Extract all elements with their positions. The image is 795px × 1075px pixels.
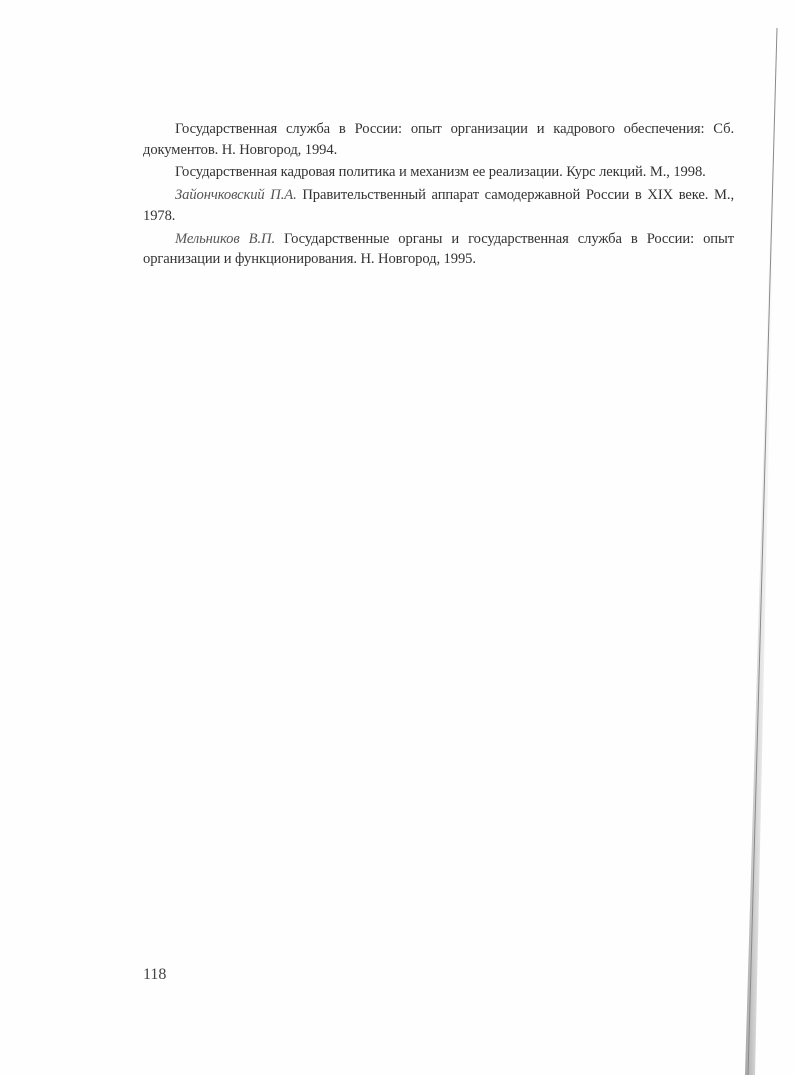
bibliography-entry: Государственная служба в России: опыт ор… [143, 119, 734, 160]
entry-author: Мельников В.П. [175, 231, 275, 247]
bibliography-list: Государственная служба в России: опыт ор… [143, 119, 734, 272]
bibliography-entry: Государственная кадровая политика и меха… [143, 162, 734, 183]
page-edge-shadow [745, 28, 785, 1075]
entry-text: Государственная кадровая политика и меха… [175, 164, 706, 180]
entry-author: Зайончковский П.А. [175, 187, 297, 203]
bibliography-entry: Зайончковский П.А. Правительственный апп… [143, 185, 734, 226]
bibliography-entry: Мельников В.П. Государственные органы и … [143, 229, 734, 270]
entry-text: Государственная служба в России: опыт ор… [143, 121, 734, 158]
page-number: 118 [143, 966, 166, 984]
document-page: Государственная служба в России: опыт ор… [0, 0, 795, 1075]
